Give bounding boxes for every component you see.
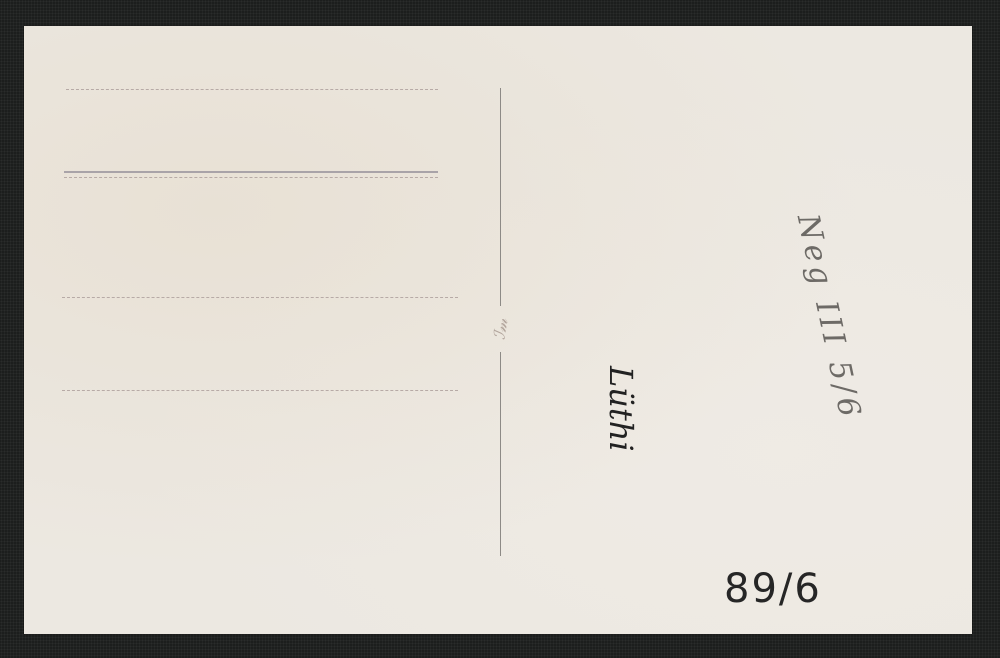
- address-line-4: [62, 390, 458, 391]
- address-line-2: [64, 177, 438, 178]
- divider-upper: [500, 88, 501, 306]
- address-line-1: [66, 89, 438, 90]
- name-note: Lüthi: [602, 366, 640, 452]
- address-line-3: [62, 297, 458, 298]
- divider-lower: [500, 352, 501, 556]
- address-rule-solid: [64, 171, 438, 173]
- publisher-logo-icon: ℐ𝓂: [484, 312, 519, 347]
- catalog-number-note: 89/6: [724, 566, 822, 612]
- negative-reference-note: Neg III 5/6: [790, 211, 868, 424]
- postcard-back: ℐ𝓂 Neg III 5/6 Lüthi 89/6: [24, 26, 972, 634]
